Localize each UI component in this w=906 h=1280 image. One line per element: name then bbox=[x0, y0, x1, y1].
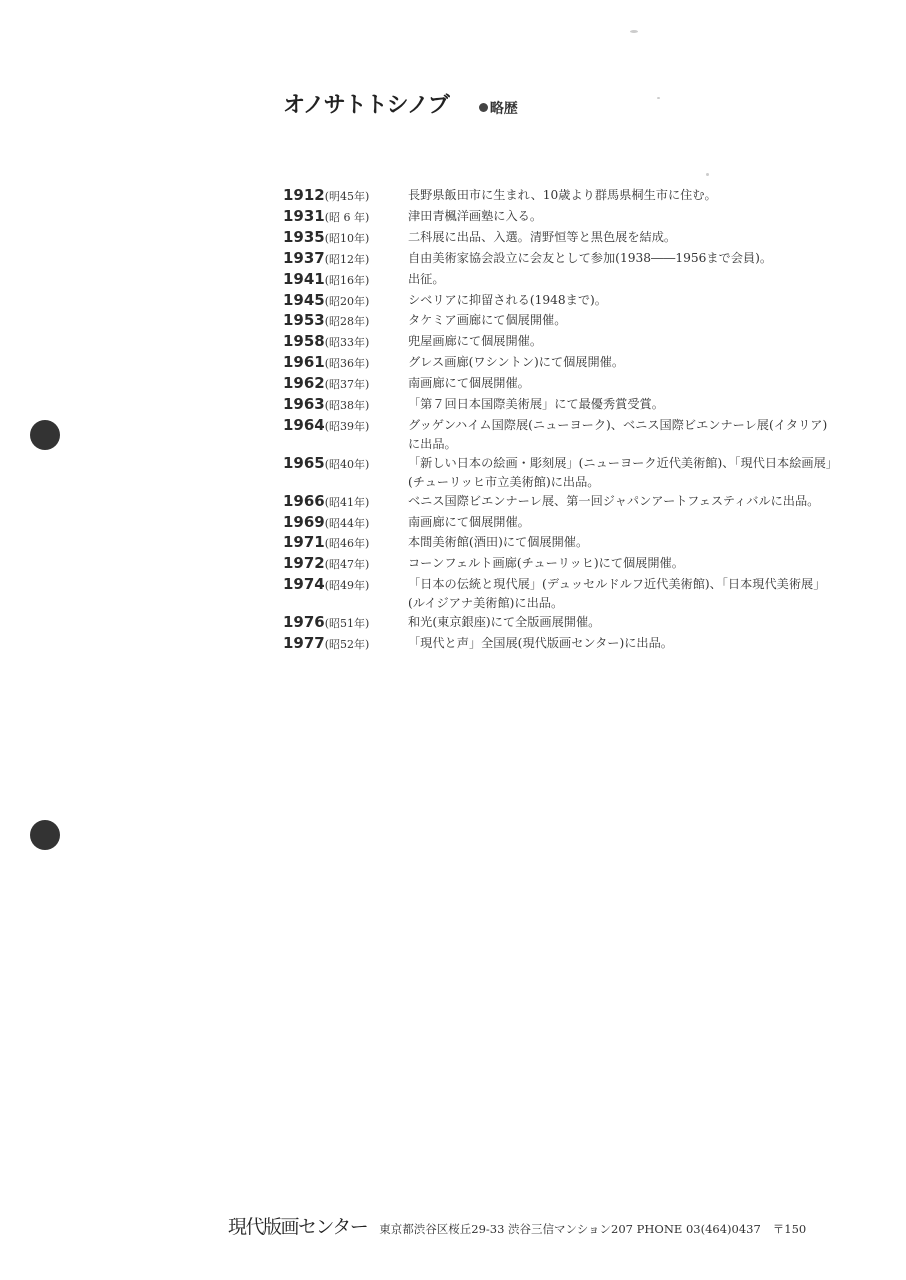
entry-description: 自由美術家協会設立に会友として参加(1938――1956まで会員)。 bbox=[408, 249, 838, 270]
entry-era: (昭39年) bbox=[325, 420, 370, 433]
artist-name: オノサトトシノブ bbox=[283, 88, 449, 119]
entry-description: 長野県飯田市に生まれ、10歳より群馬県桐生市に住む。 bbox=[408, 186, 838, 207]
entry-date: 1964(昭39年) bbox=[283, 416, 408, 454]
timeline-entry: 1976(昭51年)和光(東京銀座)にて全版画展開催。 bbox=[283, 613, 843, 634]
entry-era: (昭36年) bbox=[325, 357, 370, 370]
entry-description: 南画廊にて個展開催。 bbox=[408, 374, 838, 395]
entry-era: (昭16年) bbox=[325, 274, 370, 287]
timeline-entry: 1937(昭12年)自由美術家協会設立に会友として参加(1938――1956まで… bbox=[283, 249, 843, 270]
entry-era: (昭37年) bbox=[325, 378, 370, 391]
timeline-entry: 1964(昭39年)グッゲンハイム国際展(ニューヨーク)、ベニス国際ビエンナーレ… bbox=[283, 416, 843, 454]
timeline-entry: 1931(昭 6 年)津田青楓洋画塾に入る。 bbox=[283, 207, 843, 228]
entry-date: 1958(昭33年) bbox=[283, 332, 408, 353]
entry-year: 1964 bbox=[283, 416, 325, 434]
entry-era: (昭51年) bbox=[325, 617, 370, 630]
entry-year: 1931 bbox=[283, 207, 325, 225]
entry-date: 1953(昭28年) bbox=[283, 311, 408, 332]
timeline-entry: 1945(昭20年)シベリアに抑留される(1948まで)。 bbox=[283, 291, 843, 312]
binder-hole-top bbox=[30, 420, 60, 450]
timeline-entry: 1974(昭49年)「日本の伝統と現代展」(デュッセルドルフ近代美術館)、「日本… bbox=[283, 575, 843, 613]
entry-year: 1976 bbox=[283, 613, 325, 631]
entry-description: 出征。 bbox=[408, 270, 838, 291]
timeline-entry: 1962(昭37年)南画廊にて個展開催。 bbox=[283, 374, 843, 395]
entry-date: 1945(昭20年) bbox=[283, 291, 408, 312]
entry-description: 「現代と声」全国展(現代版画センター)に出品。 bbox=[408, 634, 838, 655]
entry-description: 「第７回日本国際美術展」にて最優秀賞受賞。 bbox=[408, 395, 838, 416]
entry-date: 1971(昭46年) bbox=[283, 533, 408, 554]
entry-era: (明45年) bbox=[325, 190, 370, 203]
entry-era: (昭44年) bbox=[325, 517, 370, 530]
entry-description: タケミア画廊にて個展開催。 bbox=[408, 311, 838, 332]
entry-description: シベリアに抑留される(1948まで)。 bbox=[408, 291, 838, 312]
publisher-name: 現代版画センター bbox=[228, 1212, 367, 1239]
biography-timeline: 1912(明45年)長野県飯田市に生まれ、10歳より群馬県桐生市に住む。1931… bbox=[283, 186, 843, 655]
entry-description: ベニス国際ビエンナーレ展、第一回ジャパンアートフェスティバルに出品。 bbox=[408, 492, 838, 513]
entry-date: 1976(昭51年) bbox=[283, 613, 408, 634]
entry-date: 1977(昭52年) bbox=[283, 634, 408, 655]
entry-year: 1935 bbox=[283, 228, 325, 246]
section-label: 略歴 bbox=[490, 98, 518, 118]
timeline-entry: 1941(昭16年)出征。 bbox=[283, 270, 843, 291]
entry-year: 1966 bbox=[283, 492, 325, 510]
entry-year: 1941 bbox=[283, 270, 325, 288]
timeline-entry: 1961(昭36年)グレス画廊(ワシントン)にて個展開催。 bbox=[283, 353, 843, 374]
entry-description: 南画廊にて個展開催。 bbox=[408, 513, 838, 534]
entry-era: (昭10年) bbox=[325, 232, 370, 245]
entry-date: 1935(昭10年) bbox=[283, 228, 408, 249]
entry-date: 1961(昭36年) bbox=[283, 353, 408, 374]
section-title: 略歴 bbox=[479, 98, 518, 118]
publisher-address: 東京都渋谷区桜丘29-33 渋谷三信マンション207 PHONE 03(464)… bbox=[379, 1221, 761, 1237]
entry-year: 1962 bbox=[283, 374, 325, 392]
entry-description: 二科展に出品、入選。清野恒等と黒色展を結成。 bbox=[408, 228, 838, 249]
entry-year: 1969 bbox=[283, 513, 325, 531]
timeline-entry: 1966(昭41年)ベニス国際ビエンナーレ展、第一回ジャパンアートフェスティバル… bbox=[283, 492, 843, 513]
entry-era: (昭46年) bbox=[325, 537, 370, 550]
entry-date: 1912(明45年) bbox=[283, 186, 408, 207]
entry-date: 1963(昭38年) bbox=[283, 395, 408, 416]
entry-description: 和光(東京銀座)にて全版画展開催。 bbox=[408, 613, 838, 634]
scan-speck bbox=[630, 30, 638, 33]
entry-year: 1937 bbox=[283, 249, 325, 267]
entry-date: 1972(昭47年) bbox=[283, 554, 408, 575]
entry-era: (昭47年) bbox=[325, 558, 370, 571]
entry-date: 1974(昭49年) bbox=[283, 575, 408, 613]
entry-date: 1931(昭 6 年) bbox=[283, 207, 408, 228]
entry-year: 1945 bbox=[283, 291, 325, 309]
timeline-entry: 1977(昭52年)「現代と声」全国展(現代版画センター)に出品。 bbox=[283, 634, 843, 655]
entry-era: (昭49年) bbox=[325, 579, 370, 592]
entry-description: グレス画廊(ワシントン)にて個展開催。 bbox=[408, 353, 838, 374]
timeline-entry: 1953(昭28年)タケミア画廊にて個展開催。 bbox=[283, 311, 843, 332]
timeline-entry: 1969(昭44年)南画廊にて個展開催。 bbox=[283, 513, 843, 534]
entry-description: コーンフェルト画廊(チューリッヒ)にて個展開催。 bbox=[408, 554, 838, 575]
entry-era: (昭38年) bbox=[325, 399, 370, 412]
entry-date: 1962(昭37年) bbox=[283, 374, 408, 395]
entry-description: 「新しい日本の絵画・彫刻展」(ニューヨーク近代美術館)、「現代日本絵画展」(チュ… bbox=[408, 454, 838, 492]
entry-date: 1965(昭40年) bbox=[283, 454, 408, 492]
entry-era: (昭40年) bbox=[325, 458, 370, 471]
entry-year: 1963 bbox=[283, 395, 325, 413]
entry-year: 1971 bbox=[283, 533, 325, 551]
scan-speck bbox=[657, 97, 660, 99]
timeline-entry: 1965(昭40年)「新しい日本の絵画・彫刻展」(ニューヨーク近代美術館)、「現… bbox=[283, 454, 843, 492]
entry-year: 1953 bbox=[283, 311, 325, 329]
postal-code: 〒150 bbox=[773, 1221, 806, 1237]
entry-description: 兜屋画廊にて個展開催。 bbox=[408, 332, 838, 353]
entry-description: 本間美術館(酒田)にて個展開催。 bbox=[408, 533, 838, 554]
entry-year: 1961 bbox=[283, 353, 325, 371]
binder-hole-bottom bbox=[30, 820, 60, 850]
entry-year: 1958 bbox=[283, 332, 325, 350]
entry-date: 1937(昭12年) bbox=[283, 249, 408, 270]
entry-era: (昭33年) bbox=[325, 336, 370, 349]
timeline-entry: 1935(昭10年)二科展に出品、入選。清野恒等と黒色展を結成。 bbox=[283, 228, 843, 249]
entry-era: (昭41年) bbox=[325, 496, 370, 509]
entry-year: 1977 bbox=[283, 634, 325, 652]
page-header: オノサトトシノブ 略歴 bbox=[283, 88, 518, 119]
entry-year: 1974 bbox=[283, 575, 325, 593]
entry-date: 1941(昭16年) bbox=[283, 270, 408, 291]
entry-description: 津田青楓洋画塾に入る。 bbox=[408, 207, 838, 228]
bullet-icon bbox=[479, 103, 488, 112]
timeline-entry: 1958(昭33年)兜屋画廊にて個展開催。 bbox=[283, 332, 843, 353]
entry-description: グッゲンハイム国際展(ニューヨーク)、ベニス国際ビエンナーレ展(イタリア)に出品… bbox=[408, 416, 838, 454]
timeline-entry: 1912(明45年)長野県飯田市に生まれ、10歳より群馬県桐生市に住む。 bbox=[283, 186, 843, 207]
entry-era: (昭20年) bbox=[325, 295, 370, 308]
entry-description: 「日本の伝統と現代展」(デュッセルドルフ近代美術館)、「日本現代美術展」(ルイジ… bbox=[408, 575, 838, 613]
entry-year: 1972 bbox=[283, 554, 325, 572]
timeline-entry: 1972(昭47年)コーンフェルト画廊(チューリッヒ)にて個展開催。 bbox=[283, 554, 843, 575]
entry-era: (昭 6 年) bbox=[325, 211, 370, 224]
entry-year: 1965 bbox=[283, 454, 325, 472]
entry-year: 1912 bbox=[283, 186, 325, 204]
scan-speck bbox=[706, 173, 709, 176]
entry-era: (昭12年) bbox=[325, 253, 370, 266]
entry-date: 1969(昭44年) bbox=[283, 513, 408, 534]
entry-era: (昭28年) bbox=[325, 315, 370, 328]
timeline-entry: 1971(昭46年)本間美術館(酒田)にて個展開催。 bbox=[283, 533, 843, 554]
timeline-entry: 1963(昭38年)「第７回日本国際美術展」にて最優秀賞受賞。 bbox=[283, 395, 843, 416]
entry-era: (昭52年) bbox=[325, 638, 370, 651]
entry-date: 1966(昭41年) bbox=[283, 492, 408, 513]
publisher-footer: 現代版画センター 東京都渋谷区桜丘29-33 渋谷三信マンション207 PHON… bbox=[228, 1212, 806, 1239]
